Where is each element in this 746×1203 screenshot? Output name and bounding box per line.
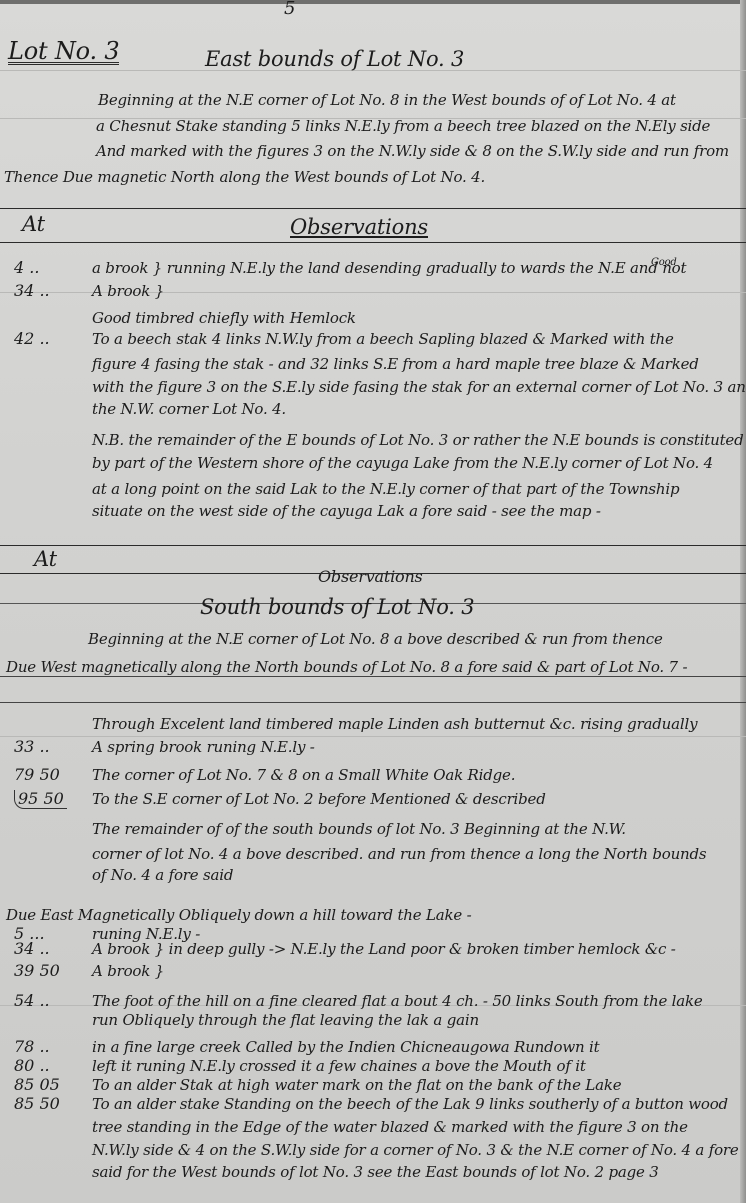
entry-text: a brook } running N.E.ly the land desend… <box>92 259 686 277</box>
entry-distance: 42 .. <box>14 330 50 348</box>
page-marker: 5 <box>284 0 295 18</box>
entry-text: corner of lot No. 4 a bove described. an… <box>92 845 706 863</box>
entry-distance: 85 05 <box>14 1076 60 1094</box>
entry-text: figure 4 fasing the stak - and 32 links … <box>92 355 699 373</box>
entry-distance: 78 .. <box>14 1038 50 1056</box>
entry-text: The foot of the hill on a fine cleared f… <box>92 992 703 1010</box>
entry-distance: 4 .. <box>14 259 39 277</box>
entry-text: by part of the Western shore of the cayu… <box>92 454 713 472</box>
east-col-at: At <box>22 215 45 233</box>
entry-distance: 34 .. <box>14 940 50 958</box>
east-desc-2: a Chesnut Stake standing 5 links N.E.ly … <box>96 117 710 135</box>
entry-distance: 34 .. <box>14 282 50 300</box>
entry-text: N.B. the remainder of the E bounds of Lo… <box>92 431 744 449</box>
entry-distance: 85 50 <box>14 1095 60 1113</box>
entry-text: in a fine large creek Called by the Indi… <box>92 1038 599 1056</box>
entry-text: A brook } in deep gully -> N.E.ly the La… <box>92 940 676 958</box>
east-col-observations: Observations <box>290 218 428 236</box>
east-heading: East bounds of Lot No. 3 <box>205 50 464 68</box>
south-col-observations: Observations <box>318 568 423 586</box>
entry-distance: 33 .. <box>14 738 50 756</box>
south-desc-1: Beginning at the N.E corner of Lot No. 8… <box>88 630 663 648</box>
entry-text: with the figure 3 on the S.E.ly side fas… <box>92 378 746 396</box>
entry-text: To the S.E corner of Lot No. 2 before Me… <box>92 790 546 808</box>
entry-distance: 95 50 <box>14 790 67 809</box>
entry-text: of No. 4 a fore said <box>92 866 233 884</box>
east-desc-3: And marked with the figures 3 on the N.W… <box>96 142 729 160</box>
entry-text: left it runing N.E.ly crossed it a few c… <box>92 1057 586 1075</box>
entry-text: said for the West bounds of lot No. 3 se… <box>92 1163 659 1181</box>
entry-text: The corner of Lot No. 7 & 8 on a Small W… <box>92 766 515 784</box>
lot-title: Lot No. 3 <box>8 42 119 65</box>
south-desc-2: Due West magnetically along the North bo… <box>6 658 687 676</box>
east-desc-1: Beginning at the N.E corner of Lot No. 8… <box>98 91 676 109</box>
manuscript-page: 5 Lot No. 3 East bounds of Lot No. 3 Beg… <box>0 0 746 1203</box>
entry-text: The remainder of of the south bounds of … <box>92 820 626 838</box>
page-top-edge <box>0 0 746 4</box>
entry-distance: 39 50 <box>14 962 60 980</box>
entry-text: tree standing in the Edge of the water b… <box>92 1118 688 1136</box>
entry-text: run Obliquely through the flat leaving t… <box>92 1011 479 1029</box>
entry-text: A brook } <box>92 282 164 300</box>
south-heading: South bounds of Lot No. 3 <box>200 598 474 616</box>
entry-distance: 80 .. <box>14 1057 50 1075</box>
entry-text: To an alder Stak at high water mark on t… <box>92 1076 621 1094</box>
entry-text: Through Excelent land timbered maple Lin… <box>92 715 697 733</box>
entry-text: A brook } <box>92 962 164 980</box>
entry-distance: 79 50 <box>14 766 60 784</box>
entry-text: the N.W. corner Lot No. 4. <box>92 400 286 418</box>
entry-text: To a beech stak 4 links N.W.ly from a be… <box>92 330 674 348</box>
entry-distance: 54 .. <box>14 992 50 1010</box>
south-col-at: At <box>34 550 57 568</box>
entry-text: To an alder stake Standing on the beech … <box>92 1095 728 1113</box>
entry-text: N.W.ly side & 4 on the S.W.ly side for a… <box>92 1141 739 1159</box>
entry-text: A spring brook runing N.E.ly - <box>92 738 315 756</box>
east-desc-4: Thence Due magnetic North along the West… <box>4 168 485 186</box>
entry-text: situate on the west side of the cayuga L… <box>92 502 601 520</box>
page-binding-edge <box>740 0 746 1203</box>
entry-text: Good timbred chiefly with Hemlock <box>92 309 356 327</box>
entry-text: at a long point on the said Lak to the N… <box>92 480 679 498</box>
south-direction: Due East Magnetically Obliquely down a h… <box>6 906 472 924</box>
